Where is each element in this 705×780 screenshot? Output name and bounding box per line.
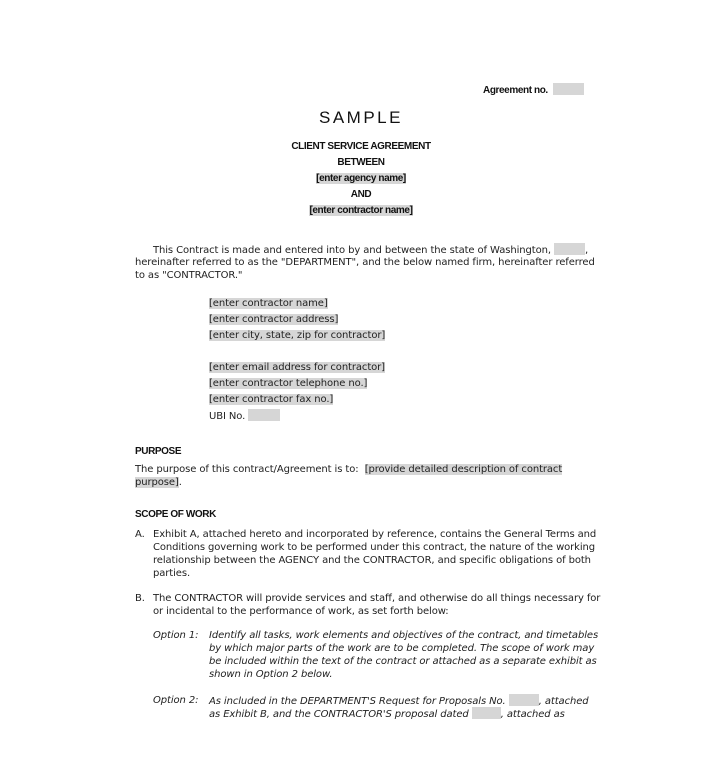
purpose-heading: PURPOSE [135,446,181,457]
scope-heading: SCOPE OF WORK [135,509,216,520]
option-1-line: be included within the text of the contr… [209,655,597,668]
item-b-line: or incidental to the performance of work… [153,605,449,618]
intro-line-3: to as "CONTRACTOR." [135,269,242,282]
item-a-line: relationship between the AGENCY and the … [153,554,591,567]
option-2-text: , attached [539,696,589,707]
option-2-label: Option 2: [153,694,198,707]
option-2-text: , attached as [501,709,565,720]
item-b-line: The CONTRACTOR will provide services and… [153,592,600,605]
option-1-line: by which major parts of the work are to … [209,642,594,655]
purpose-period: . [179,477,182,488]
agency-name-placeholder[interactable]: [enter agency name] [316,173,406,184]
option-1-label: Option 1: [153,629,198,642]
purpose-placeholder[interactable]: [provide detailed description of contrac… [365,464,562,475]
document-title: SAMPLE [0,108,705,128]
intro-line-1: This Contract is made and entered into b… [153,243,588,257]
item-a-line: parties. [153,567,190,580]
purpose-text: The purpose of this contract/Agreement i… [135,464,359,475]
subtitle-line: BETWEEN [0,157,705,168]
contractor-fax-placeholder[interactable]: [enter contractor fax no.] [209,394,333,405]
department-name-field[interactable] [554,243,585,255]
option-1-line: shown in Option 2 below. [209,668,332,681]
rfp-number-field[interactable] [509,694,539,706]
ubi-number-field[interactable] [248,409,280,421]
agreement-number-field[interactable] [553,83,584,95]
ubi-row: UBI No. [209,409,280,423]
item-b-marker: B. [135,592,145,605]
intro-comma: , [585,245,588,256]
purpose-line-2: purpose]. [135,476,182,489]
contractor-phone-line[interactable]: [enter contractor telephone no.] [209,377,367,390]
subtitle-line: CLIENT SERVICE AGREEMENT [0,141,705,152]
agreement-number-row: Agreement no. [483,83,584,96]
contractor-address-line[interactable]: [enter contractor address] [209,313,338,326]
contractor-email-line[interactable]: [enter email address for contractor] [209,361,385,374]
option-2-line-1: As included in the DEPARTMENT'S Request … [209,694,589,708]
option-2-line-2: as Exhibit B, and the CONTRACTOR'S propo… [209,707,565,721]
contractor-address-placeholder[interactable]: [enter contractor address] [209,314,338,325]
contractor-name-field[interactable]: [enter contractor name] [0,205,705,216]
item-a-line: Exhibit A, attached hereto and incorpora… [153,528,596,541]
proposal-date-field[interactable] [472,707,501,719]
intro-text: This Contract is made and entered into b… [153,245,551,256]
contractor-fax-line[interactable]: [enter contractor fax no.] [209,393,333,406]
option-2-text: as Exhibit B, and the CONTRACTOR'S propo… [209,709,469,720]
agency-name-field[interactable]: [enter agency name] [0,173,705,184]
item-a-line: Conditions governing work to be performe… [153,541,595,554]
agreement-number-label: Agreement no. [483,85,548,96]
contractor-phone-placeholder[interactable]: [enter contractor telephone no.] [209,378,367,389]
intro-line-2: hereinafter referred to as the "DEPARTME… [135,256,595,269]
contractor-email-placeholder[interactable]: [enter email address for contractor] [209,362,385,373]
subtitle-line: AND [0,189,705,200]
purpose-placeholder-cont[interactable]: purpose] [135,477,179,488]
ubi-label: UBI No. [209,411,245,422]
contractor-name-placeholder[interactable]: [enter contractor name] [209,298,328,309]
contractor-city-placeholder[interactable]: [enter city, state, zip for contractor] [209,330,385,341]
option-2-text: As included in the DEPARTMENT'S Request … [209,696,506,707]
contractor-name-placeholder[interactable]: [enter contractor name] [309,205,412,216]
purpose-line-1: The purpose of this contract/Agreement i… [135,463,562,476]
contractor-name-line[interactable]: [enter contractor name] [209,297,328,310]
option-1-line: Identify all tasks, work elements and ob… [209,629,598,642]
contractor-city-line[interactable]: [enter city, state, zip for contractor] [209,329,385,342]
item-a-marker: A. [135,528,145,541]
